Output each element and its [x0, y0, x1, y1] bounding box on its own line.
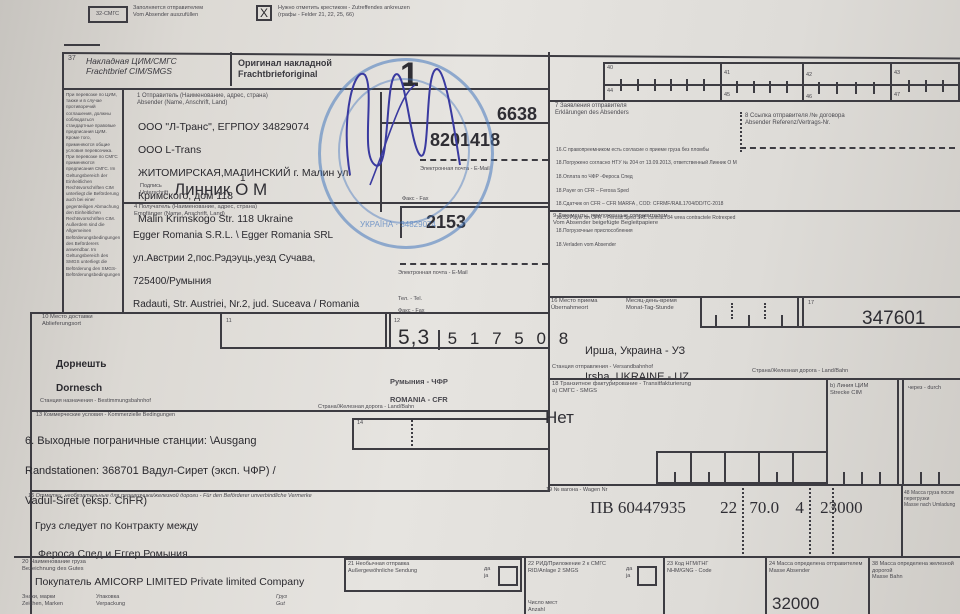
divider	[62, 52, 64, 312]
divider	[438, 330, 440, 350]
sender-code: 6638	[497, 104, 537, 125]
wagon-tare: 23000	[820, 498, 863, 517]
grid-fields-40-47	[603, 62, 960, 102]
tick	[715, 315, 717, 327]
tick	[654, 79, 656, 91]
delivery-station-code: 5,3 5 1 7 5 0 8	[398, 326, 569, 350]
tick	[942, 80, 944, 92]
top-right-note: Нужно отметить крестиком - Zutreffendes …	[278, 5, 410, 18]
remarks-text: Груз следует по Контракту между Фероса С…	[35, 505, 304, 603]
divider	[724, 451, 726, 484]
marking-checkbox[interactable]: X	[256, 5, 272, 21]
field-21-checkbox[interactable]	[498, 566, 518, 586]
tick	[879, 472, 881, 484]
divider	[603, 84, 960, 86]
divider	[765, 558, 767, 614]
dotted-line	[809, 488, 811, 558]
divider	[792, 451, 794, 484]
dotted-line	[411, 420, 413, 446]
divider	[230, 52, 232, 86]
wagon-number: ПВ 60447935	[590, 498, 686, 517]
dashed-line	[400, 263, 548, 265]
field-14	[352, 418, 550, 450]
form-code-box: 32-СМГС	[88, 6, 128, 23]
transit-value: Нет	[545, 408, 574, 428]
divider	[901, 486, 903, 558]
divider	[385, 314, 387, 348]
tick	[855, 82, 857, 94]
tick	[620, 79, 622, 91]
dotted-line	[832, 488, 834, 558]
tick	[836, 82, 838, 94]
dotted-line	[731, 303, 733, 319]
tick	[637, 79, 639, 91]
divider	[890, 62, 892, 102]
dashed-line	[740, 147, 955, 149]
tick	[670, 79, 672, 91]
stamp-text: УКРАЇНА · 34829074	[360, 222, 436, 229]
tick	[686, 79, 688, 91]
dotted-line	[740, 112, 742, 152]
divider	[720, 62, 722, 102]
tick	[776, 472, 778, 484]
wagon-capacity: 70.0	[749, 498, 779, 517]
consignee-address: Egger Romania S.R.L. \ Egger Romania SRL…	[133, 218, 359, 322]
tick	[674, 472, 676, 484]
divider	[548, 296, 960, 298]
divider	[690, 451, 692, 484]
tick	[781, 315, 783, 327]
divider	[524, 558, 526, 614]
tick	[925, 80, 927, 92]
tick	[753, 81, 755, 93]
original-label: Оригинал накладной Frachtbrieforiginal	[238, 58, 332, 80]
divider	[802, 62, 804, 102]
waybill-document: 32-СМГС Заполняется отправителем Vom Abs…	[0, 0, 960, 614]
wagon-axles: 22	[720, 498, 737, 517]
signature-scribble-icon	[330, 55, 480, 195]
divider	[389, 314, 391, 348]
divider	[64, 44, 100, 46]
divider	[220, 314, 222, 348]
waybill-title: Накладная ЦИМ/СМГС Frachtbrief CIM/SMGS	[86, 56, 177, 76]
divider	[62, 52, 960, 59]
x-mark-icon: X	[260, 6, 268, 20]
tick	[938, 472, 940, 484]
tick	[920, 472, 922, 484]
divider	[122, 88, 124, 314]
divider	[548, 100, 960, 102]
divider	[897, 380, 899, 484]
declarations-list: 16.С правопреемником есть согласие о при…	[556, 140, 737, 256]
tick	[736, 81, 738, 93]
divider	[902, 380, 904, 484]
left-margin-note: При перевозке по ЦИМ, также и в случае п…	[66, 92, 120, 312]
divider	[868, 558, 870, 614]
divider	[30, 312, 550, 314]
wagon-count: 4	[795, 498, 804, 517]
field-22-checkbox[interactable]	[637, 566, 657, 586]
sender-signature: Линник О М	[174, 180, 267, 200]
divider	[548, 210, 960, 212]
divider	[700, 298, 702, 328]
tick	[703, 79, 705, 91]
divider	[30, 490, 550, 492]
tick	[843, 472, 845, 484]
tick	[861, 472, 863, 484]
field-17-value: 347601	[862, 308, 925, 330]
tick	[818, 82, 820, 94]
tick	[786, 81, 788, 93]
wagon-details: ПВ 60447935 22 70.0 4 23000	[590, 498, 863, 518]
tick	[769, 81, 771, 93]
top-left-note: Заполняется отправителем Vom Absender au…	[133, 5, 203, 18]
divider	[802, 298, 804, 328]
dotted-line	[742, 488, 744, 558]
divider	[548, 484, 960, 486]
tick	[748, 315, 750, 327]
dotted-line	[764, 303, 766, 319]
divider	[758, 451, 760, 484]
divider	[663, 558, 665, 614]
field-24-value: 32000	[772, 594, 819, 614]
tick	[873, 82, 875, 94]
tick	[908, 80, 910, 92]
transit-code-cells	[656, 451, 828, 484]
divider	[797, 298, 799, 328]
tick	[708, 472, 710, 484]
